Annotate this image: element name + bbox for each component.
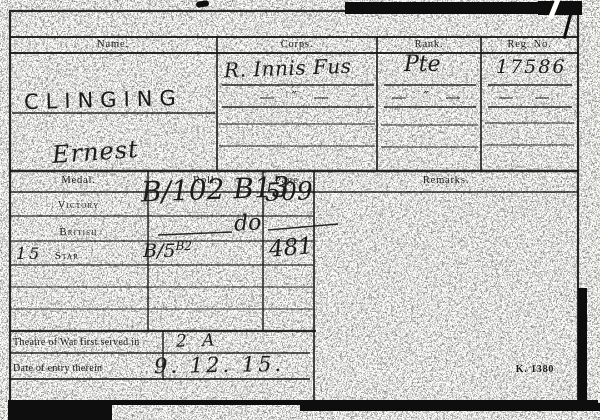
surname-entry: CLINGING: [24, 88, 183, 113]
rank-column-header: Rank.: [377, 39, 481, 50]
corps-column-header: Corps.: [217, 39, 377, 50]
victory-medal-label: Victory: [9, 200, 148, 211]
british-medal-label: British: [9, 227, 148, 238]
medal-column-header: Medal.: [9, 175, 148, 186]
bottom-edge-thick-right: [300, 403, 600, 411]
regno-column-header: Reg. No.: [481, 39, 578, 50]
star-medal-label: Star: [55, 251, 105, 262]
theatre-of-war-label: Theatre of War first served in: [13, 337, 163, 348]
bottom-left-ink-blob: [8, 403, 112, 420]
star-roll-entry: B/5B2: [143, 240, 192, 261]
remarks-column-header: Remarks.: [314, 175, 578, 186]
name-column-header: Name.: [9, 39, 217, 50]
star-page-entry: 481: [268, 235, 314, 262]
regno-entry: 17586: [496, 58, 566, 77]
forename-entry: Ernest: [51, 137, 139, 167]
rank-entry: Pte: [404, 54, 441, 76]
right-edge-bar: [578, 288, 587, 406]
rank-ditto-mark: — ″ —: [377, 90, 481, 105]
star-prefix-entry: 15: [16, 246, 42, 262]
regno-ditto-mark: — —: [481, 90, 575, 105]
top-scan-band-tip: [538, 1, 582, 15]
corps-entry: R. Innis Fus: [224, 56, 352, 80]
date-of-entry-value: 9. 12. 15.: [154, 354, 285, 377]
victory-page-entry: 509: [265, 178, 314, 205]
theatre-of-war-value: 2 A: [176, 332, 220, 351]
corps-ditto-mark: — ″ —: [217, 90, 377, 105]
date-of-entry-label: Date of entry therein: [13, 363, 163, 374]
form-code: K. 1380: [505, 364, 565, 375]
top-ink-blob: [196, 0, 210, 8]
british-ditto-entry: do: [233, 212, 261, 235]
star-roll-superscript: B2: [175, 239, 191, 253]
scanned-medal-index-card-page: { "colors": { "ink": "#141414", "paper":…: [0, 0, 600, 420]
corner-slash-mark: [563, 13, 572, 39]
